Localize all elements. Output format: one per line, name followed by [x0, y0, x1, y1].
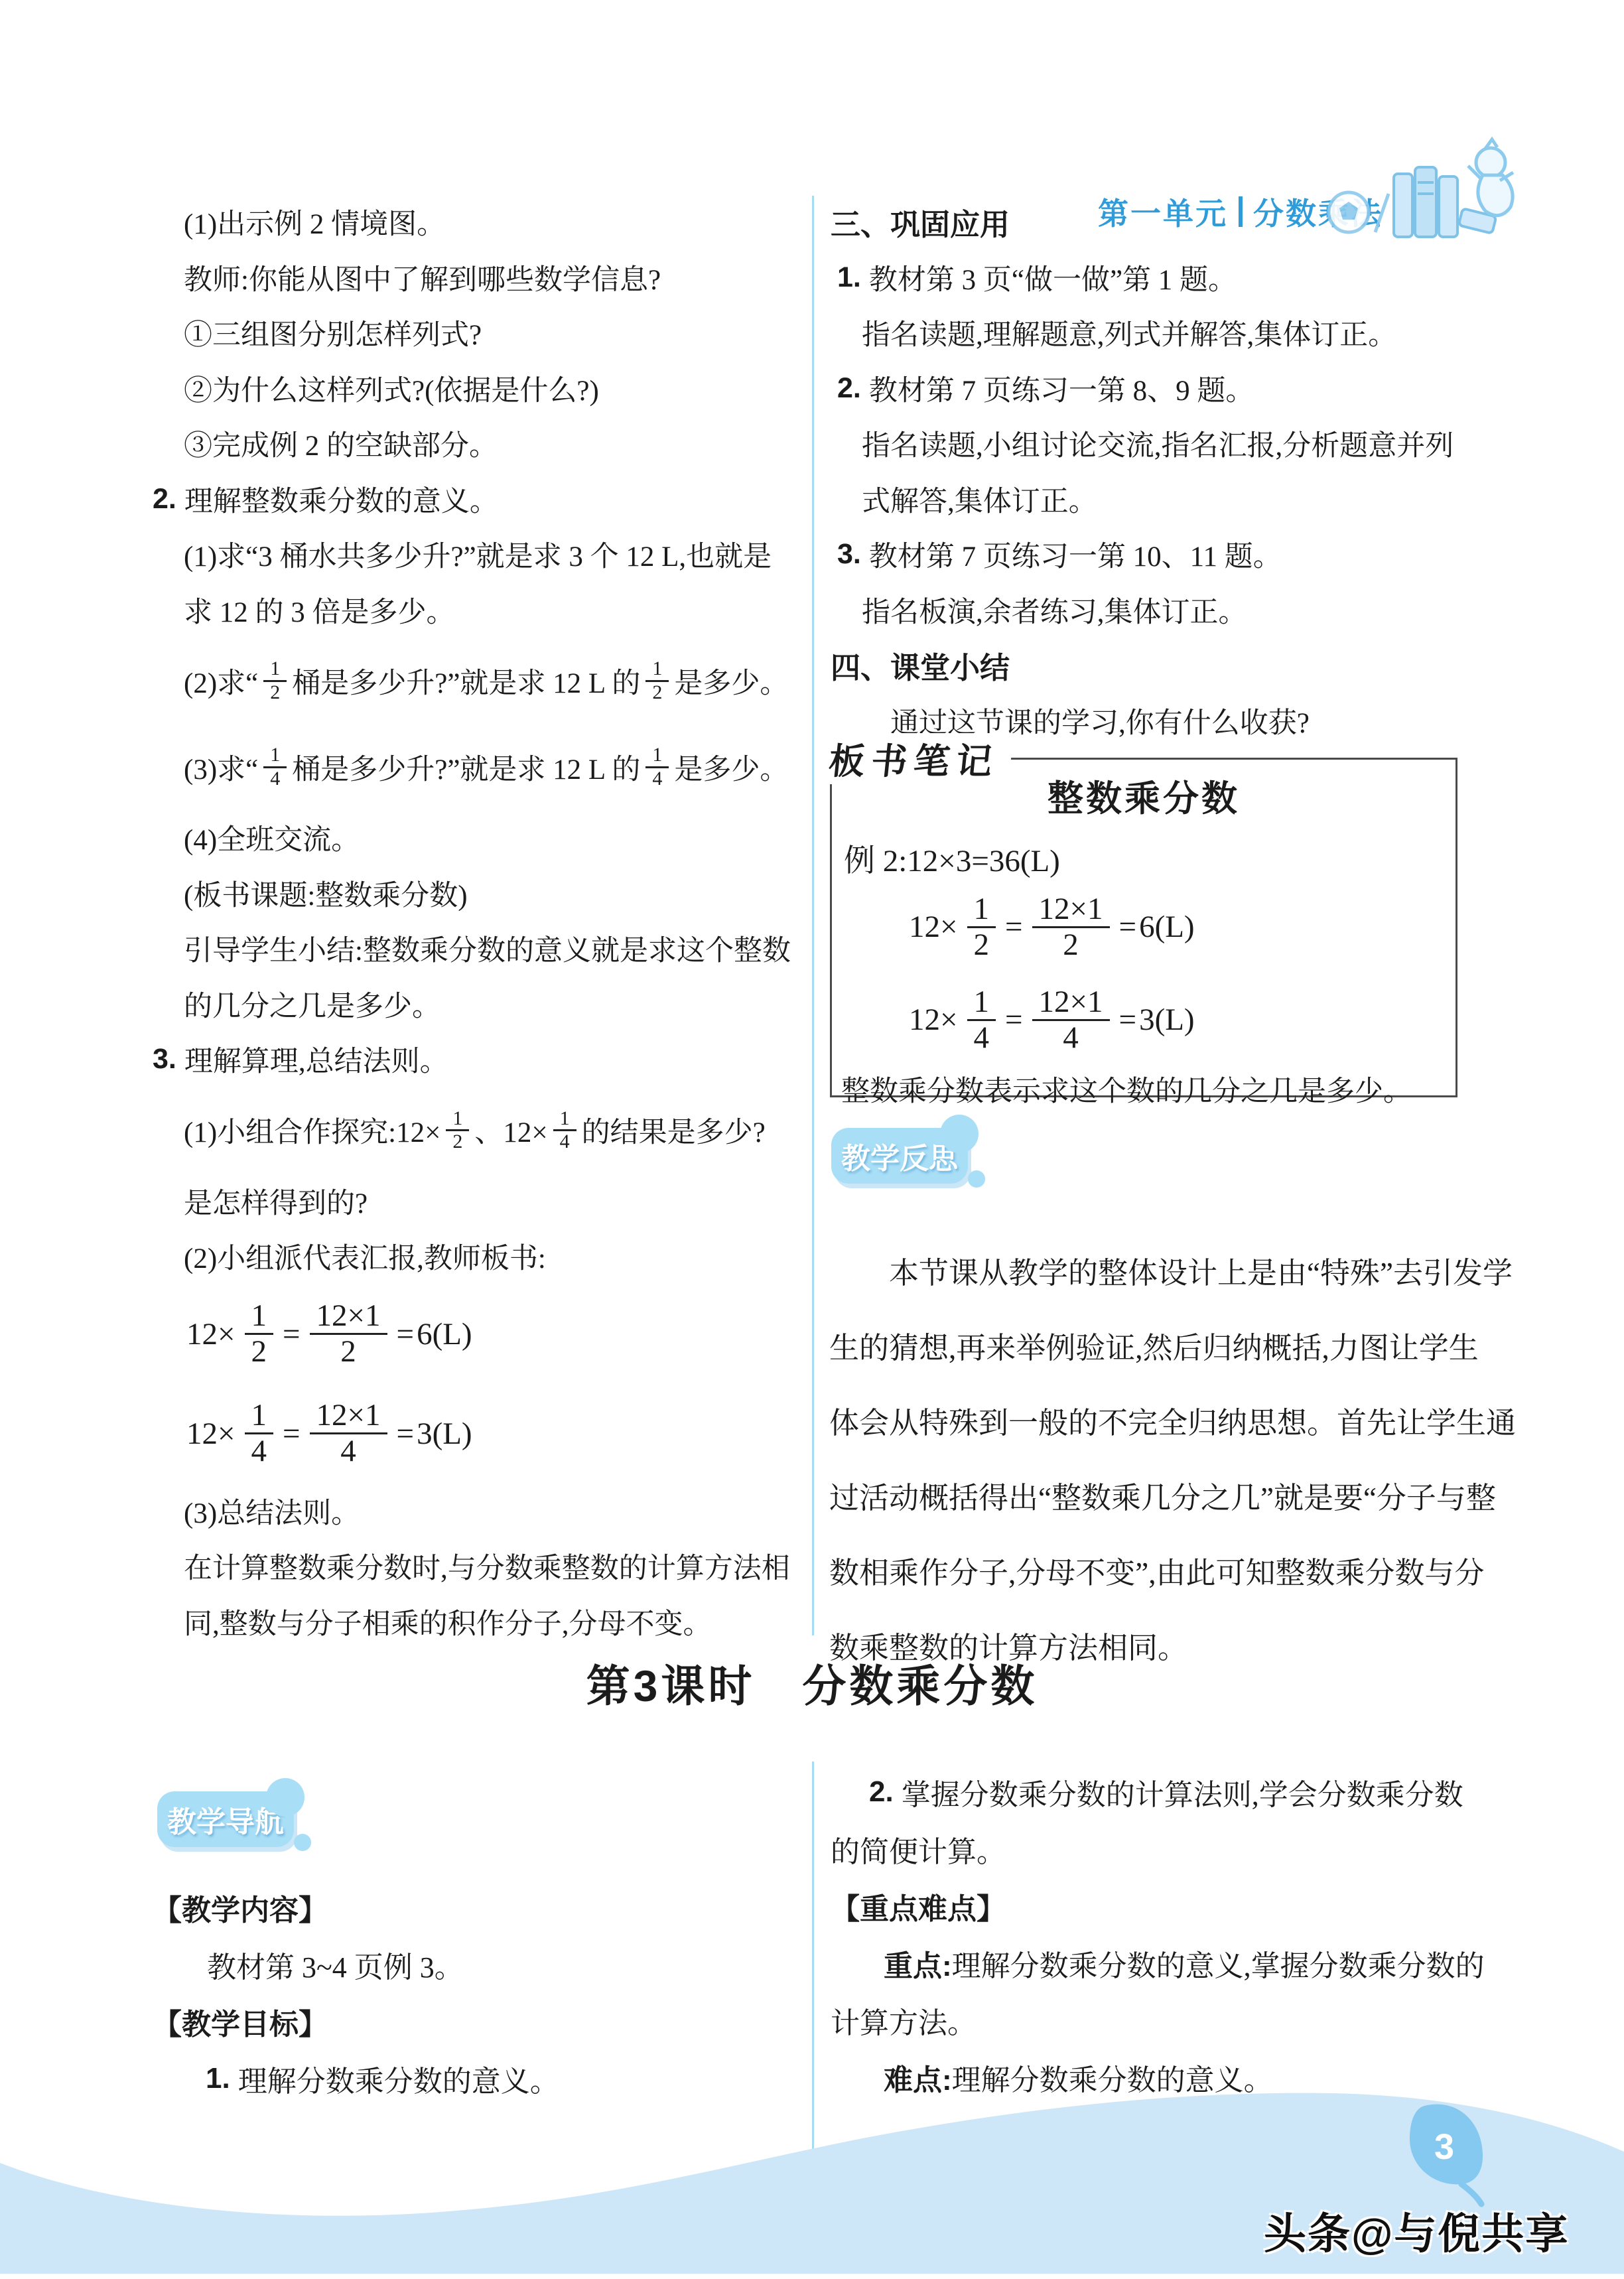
fraction: 14	[245, 1399, 274, 1468]
text-line-with-fraction: (1)小组合作探究:12× 12 、12× 14 的结果是多少?	[153, 1087, 793, 1174]
teaching-reflection-paragraph: 本节课从教学的整体设计上是由“特殊”去引发学 生的猜想,再来举例验证,然后归纳概…	[829, 1233, 1499, 1683]
numbered-line: 2. 教材第 7 页练习一第 8、9 题。	[831, 361, 1487, 417]
blackboard-notes-label: 板书笔记	[823, 733, 1014, 784]
fraction: 14	[553, 1108, 576, 1153]
lesson2-left-column: (1)出示例 2 情境图。 教师:你能从图中了解到哪些数学信息? ①三组图分别怎…	[153, 194, 793, 1649]
watermark: 头条@与倪共享	[1264, 2200, 1569, 2261]
book-page: 第一单元 分数乘法 (1)出示例 2 情境图。 教师:你能	[0, 0, 1624, 2279]
fraction: 12×14	[310, 1399, 387, 1468]
text-line: ③完成例 2 的空缺部分。	[153, 416, 793, 472]
equation: 12× 14 = 12×14 = 3(L)	[153, 1384, 793, 1484]
text-line: 体会从特殊到一般的不完全归纳思想。首先让学生通	[829, 1383, 1499, 1458]
text-line: 在计算整数乘分数时,与分数乘整数的计算方法相	[153, 1539, 793, 1594]
text-line-with-fraction: (3)求“ 14 桶是多少升?”就是求 12 L 的 14 是多少。	[153, 724, 793, 810]
numbered-line: 1. 教材第 3 页“做一做”第 1 题。	[831, 250, 1487, 306]
numbered-line: 2. 掌握分数乘分数的计算法则,学会分数乘分数	[831, 1763, 1494, 1821]
blackboard-example: 例 2:12×3=36(L)	[832, 836, 1455, 880]
text-line: (1)出示例 2 情境图。	[153, 194, 793, 250]
lesson3-right-column: 2. 掌握分数乘分数的计算法则,学会分数乘分数 的简便计算。 【重点难点】 重点…	[831, 1763, 1494, 2106]
text-line: (4)全班交流。	[153, 810, 793, 866]
blackboard-notes-box: 板书笔记 整数乘分数 例 2:12×3=36(L) 12× 12 = 12×12…	[830, 758, 1457, 1097]
text-line: (2)小组派代表汇报,教师板书:	[153, 1229, 793, 1284]
fraction: 12	[967, 892, 996, 962]
text-line: 引导学生小结:整数乘分数的意义就是求这个整数	[153, 921, 793, 977]
text-line: (板书课题:整数乘分数)	[153, 866, 793, 922]
page-number-leaf-icon: 3	[1383, 2102, 1496, 2208]
list-number: 2.	[869, 1775, 894, 1809]
teaching-reflection-badge: 教学反思	[831, 1128, 968, 1184]
text-line: 教师:你能从图中了解到哪些数学信息?	[153, 250, 793, 306]
equation: 12× 12 = 12×12 = 6(L)	[832, 880, 1455, 973]
text-line: 教材第 3~4 页例 3。	[153, 1936, 793, 1993]
text-line: 过活动概括得出“整数乘几分之几”就是要“分子与整	[829, 1458, 1499, 1533]
list-number: 2.	[837, 372, 861, 405]
teaching-navigation-badge: 教学导航	[157, 1791, 294, 1847]
text-line: 指名读题,理解题意,列式并解答,集体订正。	[831, 305, 1487, 361]
equation: 12× 14 = 12×14 = 3(L)	[832, 973, 1455, 1066]
text-line: 的几分之几是多少。	[153, 977, 793, 1032]
text-line: 指名读题,小组讨论交流,指名汇报,分析题意并列	[831, 416, 1487, 472]
list-number: 2.	[153, 483, 176, 516]
list-number: 3.	[837, 538, 861, 571]
text-line: 是怎样得到的?	[153, 1174, 793, 1229]
text-line: 求 12 的 3 倍是多少。	[153, 583, 793, 638]
numbered-line: 3. 理解算理,总结法则。	[153, 1032, 793, 1087]
lesson3-left-column: 【教学内容】 教材第 3~4 页例 3。 【教学目标】 1. 理解分数乘分数的意…	[153, 1879, 793, 2107]
numbered-line: 3. 教材第 7 页练习一第 10、11 题。	[831, 527, 1487, 583]
text-line: 计算方法。	[831, 1992, 1494, 2049]
text-line: ②为什么这样列式?(依据是什么?)	[153, 361, 793, 417]
section-heading: 三、巩固应用	[831, 194, 1487, 250]
fraction: 12	[645, 658, 669, 703]
text-line: 重点: 理解分数乘分数的意义,掌握分数乘分数的	[831, 1935, 1494, 1992]
text-line: 数相乘作分子,分母不变”,由此可知整数乘分数与分	[829, 1533, 1499, 1608]
page-number: 3	[1434, 2127, 1454, 2167]
bracket-heading: 【教学内容】	[153, 1879, 793, 1936]
fraction: 12	[263, 658, 287, 703]
text-line-with-fraction: (2)求“ 12 桶是多少升?”就是求 12 L 的 12 是多少。	[153, 638, 793, 724]
fraction: 12	[446, 1108, 469, 1153]
fraction: 14	[967, 985, 996, 1055]
lesson2-right-column: 三、巩固应用 1. 教材第 3 页“做一做”第 1 题。 指名读题,理解题意,列…	[831, 194, 1487, 748]
fraction: 12	[245, 1299, 274, 1369]
text-line: 指名板演,余者练习,集体订正。	[831, 583, 1487, 638]
text-line: (3)总结法则。	[153, 1484, 793, 1539]
lesson3-title: 第3课时 分数乘分数	[0, 1651, 1624, 1714]
fraction: 14	[263, 744, 287, 790]
text-line: 生的猜想,再来举例验证,然后归纳概括,力图让学生	[829, 1308, 1499, 1383]
list-number: 1.	[837, 261, 861, 294]
text-line: 同,整数与分子相乘的积作分子,分母不变。	[153, 1594, 793, 1650]
text-line: 式解答,集体订正。	[831, 472, 1487, 527]
numbered-line: 2. 理解整数乘分数的意义。	[153, 472, 793, 527]
bracket-heading: 【教学目标】	[153, 1993, 793, 2050]
section-heading: 四、课堂小结	[831, 638, 1487, 693]
text-line: ①三组图分别怎样列式?	[153, 305, 793, 361]
equation: 12× 12 = 12×12 = 6(L)	[153, 1284, 793, 1384]
fraction: 12×12	[1032, 892, 1110, 962]
blackboard-summary: 整数乘分数表示求这个数的几分之几是多少。	[832, 1069, 1455, 1109]
column-divider	[812, 196, 814, 1635]
text-line: (1)求“3 桶水共多少升?”就是求 3 个 12 L,也就是	[153, 527, 793, 583]
emphasis-label: 重点:	[884, 1942, 952, 1984]
fraction: 12×12	[310, 1299, 387, 1369]
list-number: 3.	[153, 1043, 176, 1075]
text-line: 本节课从教学的整体设计上是由“特殊”去引发学	[829, 1233, 1499, 1308]
text-line: 的简便计算。	[831, 1821, 1494, 1878]
bracket-heading: 【重点难点】	[831, 1878, 1494, 1935]
fraction: 12×14	[1032, 985, 1110, 1055]
fraction: 14	[645, 744, 669, 790]
